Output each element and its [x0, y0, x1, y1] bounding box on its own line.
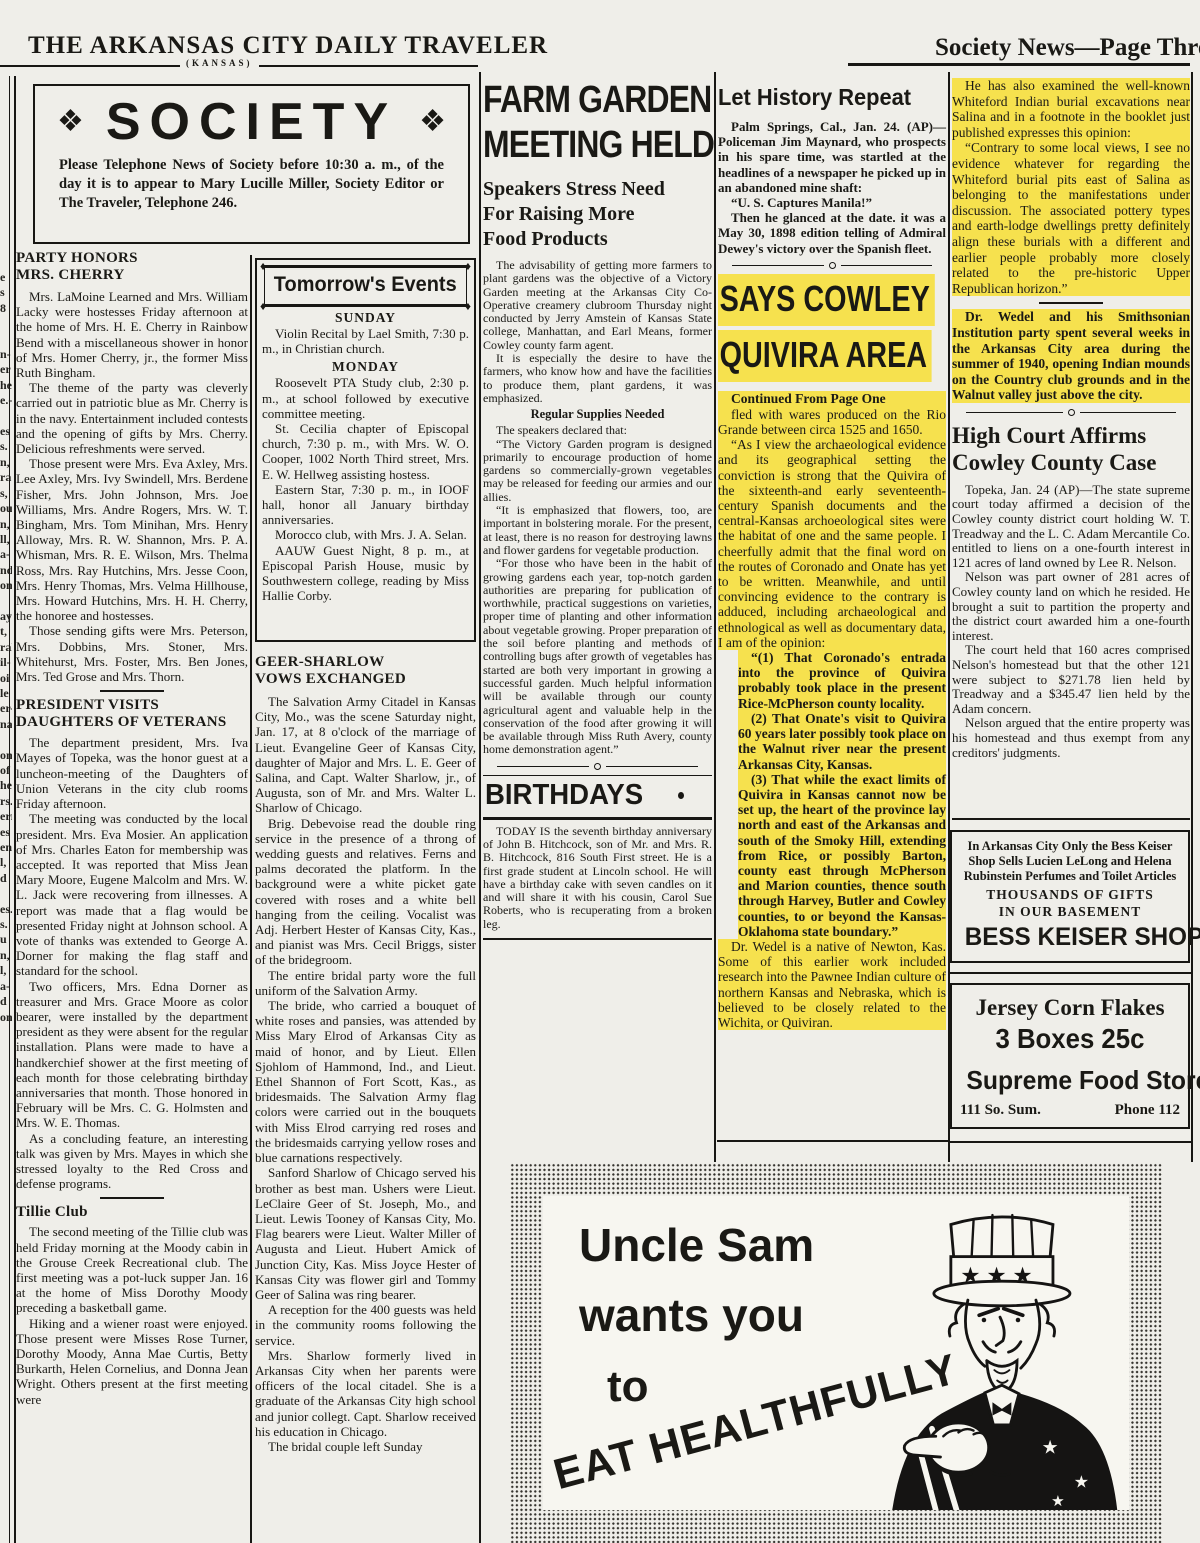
- uncle-sam-ad-inner: Uncle Sam wants you to EAT HEALTHFULLY ★…: [543, 1196, 1129, 1510]
- floret-icon: ❖: [419, 107, 446, 137]
- paragraph: As a concluding feature, an interesting …: [16, 1131, 248, 1192]
- ad-address: 111 So. Sum.: [960, 1102, 1041, 1119]
- headline-highlighted: QUIVIRA AREA: [718, 330, 946, 382]
- event-item: Morocco club, with Mrs. J. A. Selan.: [262, 527, 469, 542]
- paragraph: Topeka, Jan. 24 (AP)—The state supreme c…: [952, 483, 1190, 571]
- continued-note: Continued From Page One: [718, 391, 946, 407]
- diamond-icon: ♦: [260, 260, 266, 272]
- ad-headline: Uncle Sam: [579, 1218, 814, 1272]
- story-bottom-rule: [717, 1140, 948, 1142]
- section-subhead: Regular Supplies Needed: [483, 407, 712, 422]
- day-heading: SUNDAY: [262, 310, 469, 326]
- birthdays-rule: [483, 938, 712, 940]
- ad-copy: THOUSANDS OF GIFTS: [961, 886, 1179, 903]
- paragraph: “Contrary to some local views, I see no …: [952, 140, 1190, 296]
- newspaper-page: THE ARKANSAS CITY DAILY TRAVELER (KANSAS…: [0, 0, 1200, 1543]
- paragraph: “For those who have been in the habit of…: [483, 557, 712, 756]
- story-divider: [100, 1197, 164, 1199]
- bess-keiser-ad: In Arkansas City Only the Bess Keiser Sh…: [950, 830, 1190, 963]
- paragraph: The Salvation Army Citadel in Kansas Cit…: [255, 694, 476, 816]
- paragraph: The bridal couple left Sunday: [255, 1439, 476, 1454]
- society-title: SOCIETY: [106, 92, 397, 152]
- ad-copy: IN OUR BASEMENT: [961, 903, 1179, 920]
- story-heading: Tillie Club: [16, 1204, 248, 1221]
- society-masthead-box: ❖ SOCIETY ❖ Please Telephone News of Soc…: [33, 84, 470, 244]
- paragraph: The meeting was conducted by the local p…: [16, 811, 248, 978]
- paragraph: Mrs. LaMoine Learned and Mrs. William La…: [16, 289, 248, 380]
- paragraph: The theme of the party was cleverly carr…: [16, 380, 248, 456]
- story-heading: PARTY HONORS: [16, 250, 248, 267]
- advertiser-name: Supreme Food Store: [966, 1065, 1200, 1096]
- diamond-icon: ♦: [465, 300, 471, 312]
- ad-price: 3 Boxes 25c: [996, 1023, 1145, 1055]
- column-4: Let History Repeat Palm Springs, Cal., J…: [718, 84, 946, 1030]
- day-heading: MONDAY: [262, 359, 469, 375]
- birthdays-header: BIRTHDAYS: [483, 776, 712, 820]
- events-title: Tomorrow's Events: [274, 273, 457, 297]
- paragraph: It is especially the desire to have the …: [483, 352, 712, 405]
- masthead-subtitle: (KANSAS): [180, 58, 259, 68]
- headline: FARM GARDEN: [483, 78, 712, 123]
- paragraph: Nelson was part owner of 281 acres of Co…: [952, 570, 1190, 643]
- masthead-title: THE ARKANSAS CITY DAILY TRAVELER: [28, 32, 548, 60]
- column-rule: [1191, 72, 1193, 1162]
- paragraph: Those sending gifts were Mrs. Peterson, …: [16, 623, 248, 684]
- tomorrows-events-box: ♦ ♦ ♦ ♦ Tomorrow's Events SUNDAY Violin …: [255, 258, 476, 642]
- event-item: Roosevelt PTA Study club, 2:30 p. m., at…: [262, 375, 469, 421]
- story-bottom-rule: [952, 818, 1190, 820]
- ink-dot: [678, 792, 684, 799]
- headline: MEETING HELD: [483, 123, 712, 168]
- paragraph: “(1) That Coronado's entrada into the pr…: [738, 650, 946, 711]
- paragraph: TODAY IS the seventh birthday anniversar…: [483, 825, 712, 931]
- subheadline: Speakers Stress Need For Raising More Fo…: [483, 177, 712, 252]
- uncle-sam-ad: Uncle Sam wants you to EAT HEALTHFULLY ★…: [510, 1163, 1162, 1543]
- event-item: AAUW Guest Night, 8 p. m., at Episcopal …: [262, 543, 469, 604]
- story-heading: GEER-SHARLOW: [255, 654, 476, 671]
- event-item: St. Cecilia chapter of Episcopal church,…: [262, 421, 469, 482]
- ad-headline: to: [607, 1362, 649, 1412]
- event-item: Violin Recital by Lael Smith, 7:30 p. m.…: [262, 326, 469, 356]
- story-divider: [1039, 302, 1103, 304]
- headline-line: Cowley County Case: [952, 449, 1190, 476]
- paragraph: The entire bridal party wore the full un…: [255, 968, 476, 998]
- society-note: Please Telephone News of Society before …: [35, 152, 468, 213]
- diamond-icon: ♦: [260, 300, 266, 312]
- subheadline-line: Food Products: [483, 227, 712, 252]
- masthead-rule-right: [848, 63, 1190, 66]
- advertiser-name: BESS KEISER SHOP: [965, 923, 1200, 952]
- story-heading: VOWS EXCHANGED: [255, 671, 476, 688]
- subheadline-line: Speakers Stress Need: [483, 177, 712, 202]
- paragraph: The speakers declared that:: [483, 424, 712, 437]
- section-divider: [966, 409, 1176, 416]
- events-title-box: ♦ ♦ ♦ ♦ Tomorrow's Events: [264, 265, 467, 307]
- paragraph: (3) That while the exact limits of Quivi…: [738, 772, 946, 939]
- column-rule: [479, 72, 481, 1543]
- ad-separator-rule: [948, 972, 1192, 974]
- headline: High Court Affirms Cowley County Case: [952, 422, 1190, 476]
- svg-text:★: ★: [1042, 1436, 1059, 1458]
- paragraph: fled with wares produced on the Rio Gran…: [718, 407, 946, 437]
- paragraph: Two officers, Mrs. Edna Dorner as treasu…: [16, 979, 248, 1131]
- story-divider: [100, 690, 164, 692]
- column-1: PARTY HONORS MRS. CHERRY Mrs. LaMoine Le…: [16, 250, 248, 1407]
- paragraph: The advisability of getting more farmers…: [483, 259, 712, 352]
- ad-copy: In Arkansas City Only the Bess Keiser Sh…: [961, 839, 1179, 884]
- paragraph: Hiking and a wiener roast were enjoyed. …: [16, 1316, 248, 1407]
- paragraph: “As I view the archaeological evidence a…: [718, 437, 946, 650]
- paragraph: The court held that 160 acres comprised …: [952, 643, 1190, 716]
- section-divider: [497, 763, 698, 770]
- masthead-page-label: Society News—Page Three: [935, 34, 1200, 62]
- story-heading: DAUGHTERS OF VETERANS: [16, 714, 248, 731]
- paragraph: Dr. Wedel is a native of Newton, Kas. So…: [718, 939, 946, 1030]
- floret-icon: ❖: [57, 107, 84, 137]
- svg-text:★: ★: [1074, 1472, 1089, 1492]
- ad-stack: In Arkansas City Only the Bess Keiser Sh…: [950, 830, 1190, 1152]
- paragraph: (2) That Onate's visit to Quivira 60 yea…: [738, 711, 946, 772]
- column-rule: [714, 72, 716, 1162]
- headline-highlighted: SAYS COWLEY: [718, 274, 946, 326]
- paragraph: Then he glanced at the date. it was a Ma…: [718, 210, 946, 256]
- cutoff-column-fragments: e s 8 n- er he e.- es s. n, ra s, ou n, …: [0, 270, 12, 1543]
- paragraph: The bride, who carried a bouquet of whit…: [255, 998, 476, 1165]
- paragraph: The department president, Mrs. Iva Mayes…: [16, 735, 248, 811]
- ad-product: Jersey Corn Flakes: [960, 995, 1180, 1021]
- story-heading: PRESIDENT VISITS: [16, 697, 248, 714]
- paragraph: Mrs. Sharlow formerly lived in Arkansas …: [255, 1348, 476, 1439]
- ad-headline: wants you: [579, 1288, 804, 1342]
- ad-phone: Phone 112: [1115, 1102, 1180, 1119]
- paragraph: Nelson argued that the entire property w…: [952, 716, 1190, 760]
- column-rule: [9, 76, 10, 1543]
- paragraph: Those present were Mrs. Eva Axley, Mrs. …: [16, 456, 248, 623]
- paragraph: Dr. Wedel and his Smithsonian Institutio…: [952, 309, 1190, 403]
- svg-text:★: ★: [1051, 1492, 1065, 1510]
- paragraph: “It is emphasized that flowers, too, are…: [483, 504, 712, 557]
- story-heading: MRS. CHERRY: [16, 267, 248, 284]
- birthdays-title: BIRTHDAYS: [485, 779, 643, 812]
- divider-dot: [829, 262, 836, 269]
- divider-dot: [1068, 409, 1075, 416]
- paragraph: Brig. Debevoise read the double ring ser…: [255, 816, 476, 968]
- subheadline-line: For Raising More: [483, 202, 712, 227]
- divider-dot: [594, 763, 601, 770]
- paragraph: He has also examined the well-known Whit…: [952, 78, 1190, 140]
- diamond-icon: ♦: [465, 260, 471, 272]
- event-item: Eastern Star, 7:30 p. m., in IOOF hall, …: [262, 482, 469, 528]
- ad-separator-rule: [948, 1141, 1192, 1143]
- column-5: He has also examined the well-known Whit…: [952, 78, 1190, 760]
- uncle-sam-illustration: ★★★ ★ ★ ★: [833, 1198, 1129, 1510]
- section-divider: [732, 262, 932, 269]
- column-3: FARM GARDEN MEETING HELD Speakers Stress…: [483, 78, 712, 940]
- headline-line: High Court Affirms: [952, 422, 1190, 449]
- paragraph: A reception for the 400 guests was held …: [255, 1302, 476, 1348]
- supreme-food-ad: Jersey Corn Flakes 3 Boxes 25c Supreme F…: [950, 983, 1190, 1129]
- paragraph: “The Victory Garden program is designed …: [483, 438, 712, 504]
- paragraph: Palm Springs, Cal., Jan. 24. (AP)—Police…: [718, 119, 946, 195]
- column-2: ♦ ♦ ♦ ♦ Tomorrow's Events SUNDAY Violin …: [255, 258, 476, 1454]
- paragraph: Sanford Sharlow of Chicago served his br…: [255, 1165, 476, 1302]
- paragraph: “U. S. Captures Manila!”: [718, 195, 946, 210]
- column-rule: [250, 255, 252, 1543]
- headline: Let History Repeat: [718, 84, 946, 111]
- paragraph: The second meeting of the Tillie club wa…: [16, 1224, 248, 1315]
